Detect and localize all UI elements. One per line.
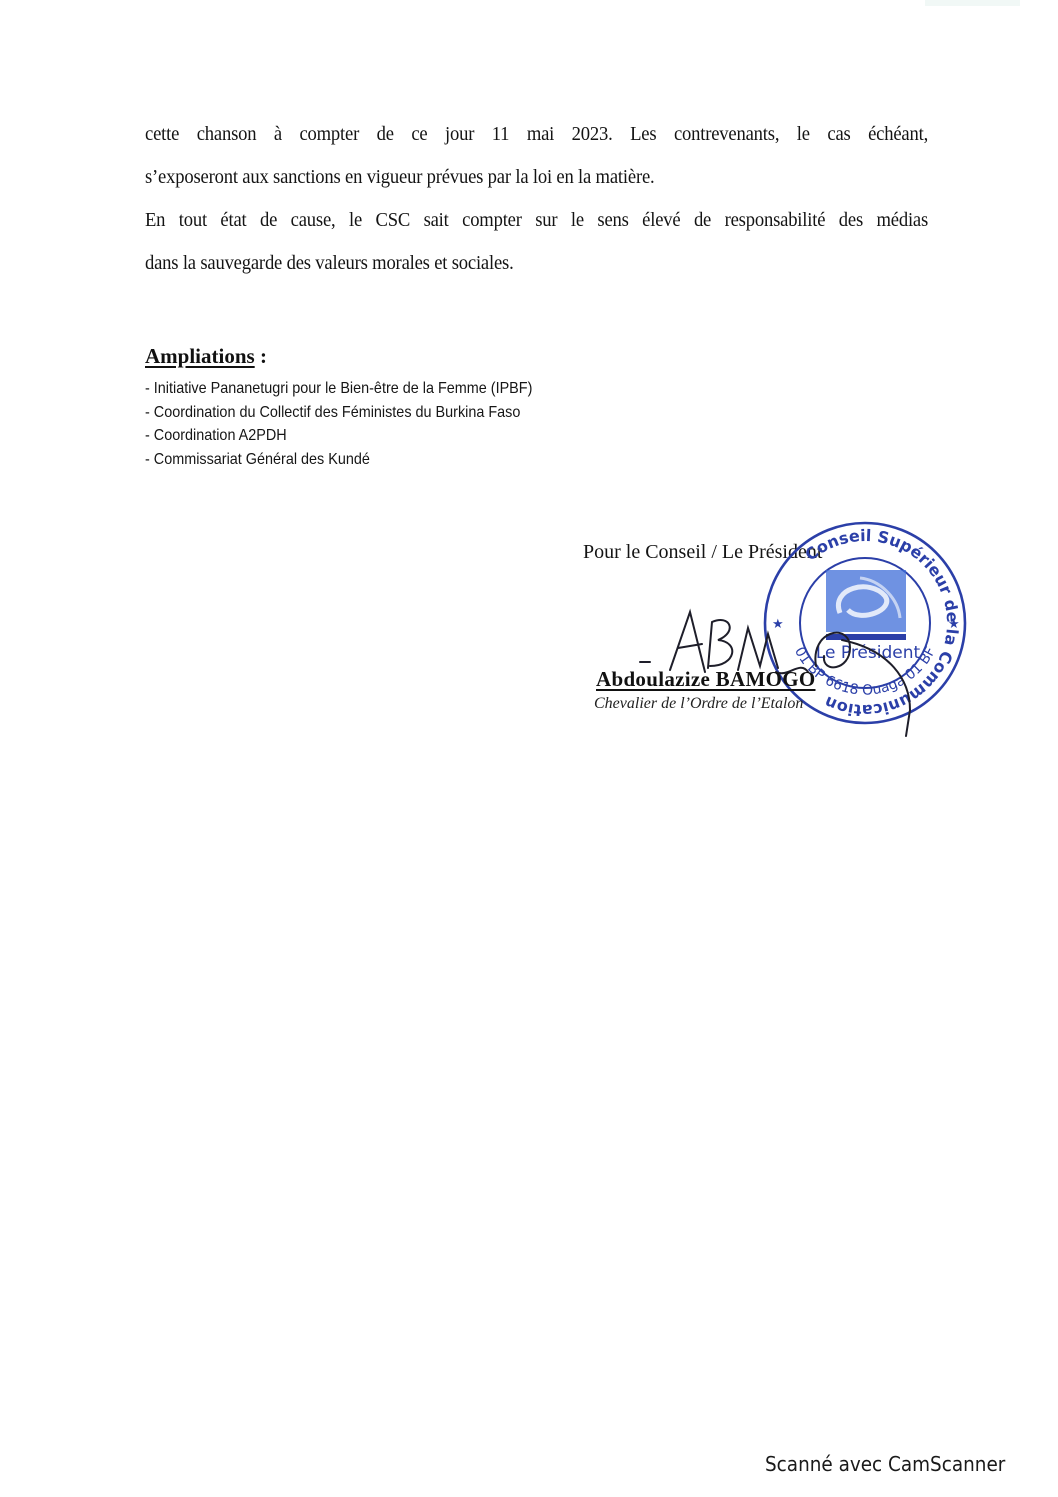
paragraph-line: s’exposeront aux sanctions en vigueur pr… [145,156,880,199]
list-item: - Initiative Pananetugri pour le Bien-êt… [145,377,532,401]
scan-artifact [925,0,1020,6]
camscanner-watermark: Scanné avec CamScanner [765,1452,1005,1476]
list-item: - Coordination du Collectif des Féminist… [145,401,532,425]
list-item: - Coordination A2PDH [145,424,532,448]
body-paragraph-1: cette chanson à compter de ce jour 11 ma… [145,113,880,199]
paragraph-line: cette chanson à compter de ce jour 11 ma… [145,113,928,156]
ampliations-list: - Initiative Pananetugri pour le Bien-êt… [145,377,532,471]
signatory-name: Abdoulazize BAMOGO [596,667,815,692]
ampliations-heading-colon: : [255,344,267,368]
ampliations-heading: Ampliations : [145,344,267,369]
list-item: - Commissariat Général des Kundé [145,448,532,472]
body-paragraph-2: En tout état de cause, le CSC sait compt… [145,199,880,285]
signatory-honor: Chevalier de l’Ordre de l’Etalon [594,695,803,713]
document-page: cette chanson à compter de ce jour 11 ma… [0,0,1058,1497]
ampliations-heading-text: Ampliations [145,344,255,368]
paragraph-line: dans la sauvegarde des valeurs morales e… [145,242,880,285]
paragraph-line: En tout état de cause, le CSC sait compt… [145,199,928,242]
